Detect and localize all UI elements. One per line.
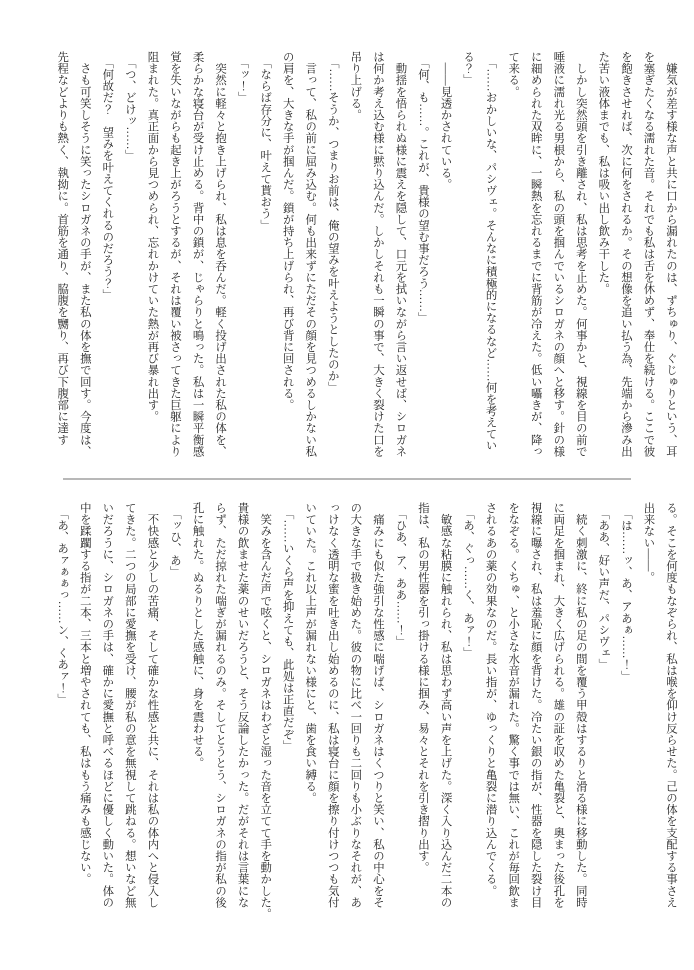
text-line: る？」	[457, 51, 480, 461]
text-line: 動揺を悟られぬ様に震えを隠して、口元を拭いながら言い返せば、シロガネ	[389, 51, 412, 461]
text-line: 「つ、どけッ……」	[118, 51, 141, 461]
text-line: 先程などよりも熱く、執拗に。首筋を通り、脇腹を嬲り、再び下腹部に達す	[51, 51, 74, 461]
text-line: 「は……ッ、あ、アあぁ……！」	[614, 502, 637, 912]
text-line: に両足を掴まれ、大きく広げられる。雄の証を収めた亀裂と、奥まった後孔を	[547, 502, 570, 912]
text-line: 指は、私の男性器を引っ掛ける様に掴み、易々とそれを引き摺り出す。	[411, 502, 434, 912]
text-line: さも可笑しそうに笑ったシロガネの手が、また私の体を撫で回す。今度は、	[73, 51, 96, 461]
text-line: 吊り上げる。	[344, 51, 367, 461]
text-line: て来る。	[502, 51, 525, 461]
text-line: 出来ない――。	[637, 502, 660, 912]
text-line: の大きな手で扱き始めた。彼の物に比べ一回りも二回りも小ぶりなそれが、あ	[344, 502, 367, 912]
text-line: らず、ただ掠れた喘ぎが漏れるのみ。そしてとうとう、シロガネの指が私の後	[209, 502, 232, 912]
text-line: ――見透かされている。	[434, 51, 457, 461]
text-line: 「あ、あァぁぁっ……ン、くあァ！」	[51, 502, 74, 912]
text-line: 中を蹂躙する指が二本、三本と増やされても、私はもう痛みも感じない。	[73, 502, 96, 912]
text-line: 視線に曝され、私は羞恥に顔を背けた。冷たい銀の指が、性器を隠した裂け目	[524, 502, 547, 912]
text-line: っけなく透明な蜜を吐き出し始めるのに、私は寝台に顔を擦り付けつつも気付	[321, 502, 344, 912]
text-line: いていた。これ以上声が漏れない様にと、歯を食い縛る。	[299, 502, 322, 912]
text-line: 「何故だ？ 望みを叶えてくれるのだろう？」	[96, 51, 119, 461]
text-line: いだろうに、シロガネの手は、確かに愛撫と呼べるほどに優しく動いた。体の	[96, 502, 119, 912]
text-line: 「……おかしいな、パシヴェ。そんなに積極的になるなど……何を考えてい	[479, 51, 502, 461]
text-line: 笑みを含んだ声で呟くと、シロガネはわざと湿った音を立てて手を動かした。	[254, 502, 277, 912]
text-line: 孔に触れた。ぬるりとした感触に、身を震わせる。	[186, 502, 209, 912]
text-line: 「ッひ、あ」	[163, 502, 186, 912]
text-line: 「ああ、好い声だ、パシヴェ」	[592, 502, 615, 912]
text-line: 「ひあ、ア、ああ……！」	[389, 502, 412, 912]
text-line: 唾液に濡れ光る男根から、私の頭を掴んでいるシロガネの顔へと移す。針の様	[547, 51, 570, 461]
text-line: の肩を、大きな手が掴んだ。鎖が持ち上げられ、再び背に回される。	[276, 51, 299, 461]
text-line: を飽きさせれば、次に何をされるか。その想像を追い払う為、先端から滲み出	[614, 51, 637, 461]
text-line: た苦い液体までも、私は吸い出し飲み干した。	[592, 51, 615, 461]
top-text-section: 嫌気が差す様な声と共に口から漏れたのは、ずちゅり、ぐじゅりという、耳 を塞ぎたく…	[51, 51, 682, 461]
section-divider	[63, 478, 631, 480]
novel-page: 嫌気が差す様な声と共に口から漏れたのは、ずちゅり、ぐじゅりという、耳 を塞ぎたく…	[0, 0, 694, 970]
text-line: 痛みにも似た強引な性感に喘げば、シロガネはくつりと笑い、私の中心をそ	[366, 502, 389, 912]
text-line: 「あ、ぐっ……く、あァ！」	[457, 502, 480, 912]
text-line: 言って、私の前に屈み込む。何も出来ずにただその顔を見つめるしかない私	[299, 51, 322, 461]
text-line: 「ならば存分に、叶えて貰おう」	[254, 51, 277, 461]
bottom-text-section: る。そこを何度もなぞられ、私は喉を仰け反らせた。己の体を支配する事さえ 出来ない…	[51, 502, 682, 912]
text-line: 貴様の飲ませた薬のせいだろうと、そう反論したかった。だがそれは言葉にな	[231, 502, 254, 912]
text-line: てきた。二つの局部に愛撫を受け、腰が私の意を無視して跳ねる。想いなど無	[118, 502, 141, 912]
text-line: を塞ぎたくなる濡れた音。それでも私は舌を休めず、奉仕を続ける。ここで彼	[637, 51, 660, 461]
text-line: に細められた双眸に、一瞬熱を忘れるまでに背筋が冷えた。低い囁きが、降っ	[524, 51, 547, 461]
text-line: 突然に軽々と抱き上げられ、私は息を呑んだ。軽く投げ出された私の体を、	[209, 51, 232, 461]
text-line: 不快感と少しの苦痛、そして確かな性感と共に、それは私の体内へと侵入し	[141, 502, 164, 912]
text-line: る。そこを何度もなぞられ、私は喉を仰け反らせた。己の体を支配する事さえ	[659, 502, 682, 912]
text-line: 覚を失いながらも起き上がろうとするが、それは覆い被さってきた巨躯により	[163, 51, 186, 461]
text-line: をなぞる。くちゅ、と小さな水音が漏れた。驚く事では無い、これが毎回飲ま	[502, 502, 525, 912]
text-line: 敏感な粘膜に触れられ、私は思わず高い声を上げた。深く入り込んだ二本の	[434, 502, 457, 912]
text-line: されるあの薬の効果なのだ。長い指が、ゆっくりと亀裂に潜り込んでくる。	[479, 502, 502, 912]
text-line: は何か考え込む様に黙り込んだ。しかしそれも一瞬の事で、大きく裂けた口を	[366, 51, 389, 461]
text-line: 嫌気が差す様な声と共に口から漏れたのは、ずちゅり、ぐじゅりという、耳	[659, 51, 682, 461]
text-line: 「……いくら声を抑えても、此処は正直だぞ」	[276, 502, 299, 912]
text-line: 「ッ！」	[231, 51, 254, 461]
text-line: 阻まれた。真正面から見つめられ、忘れかけていた熱が再び暴れ出す。	[141, 51, 164, 461]
text-line: 続く刺激に、終に私の足の間を覆う甲殻はするりと滑る様に移動した。同時	[569, 502, 592, 912]
text-line: 「何、も……。これが、貴様の望む事だろう……」	[411, 51, 434, 461]
text-line: 柔らかな寝台が受け止める。背中の鎖が、じゃらりと鳴った。私は一瞬平衡感	[186, 51, 209, 461]
text-line: しかし突然頭を引き離され、私は思考を止めた。何事かと、視線を目の前で	[569, 51, 592, 461]
text-line: 「……そうか、つまりお前は、俺の望みを叶えようとしたのか」	[321, 51, 344, 461]
